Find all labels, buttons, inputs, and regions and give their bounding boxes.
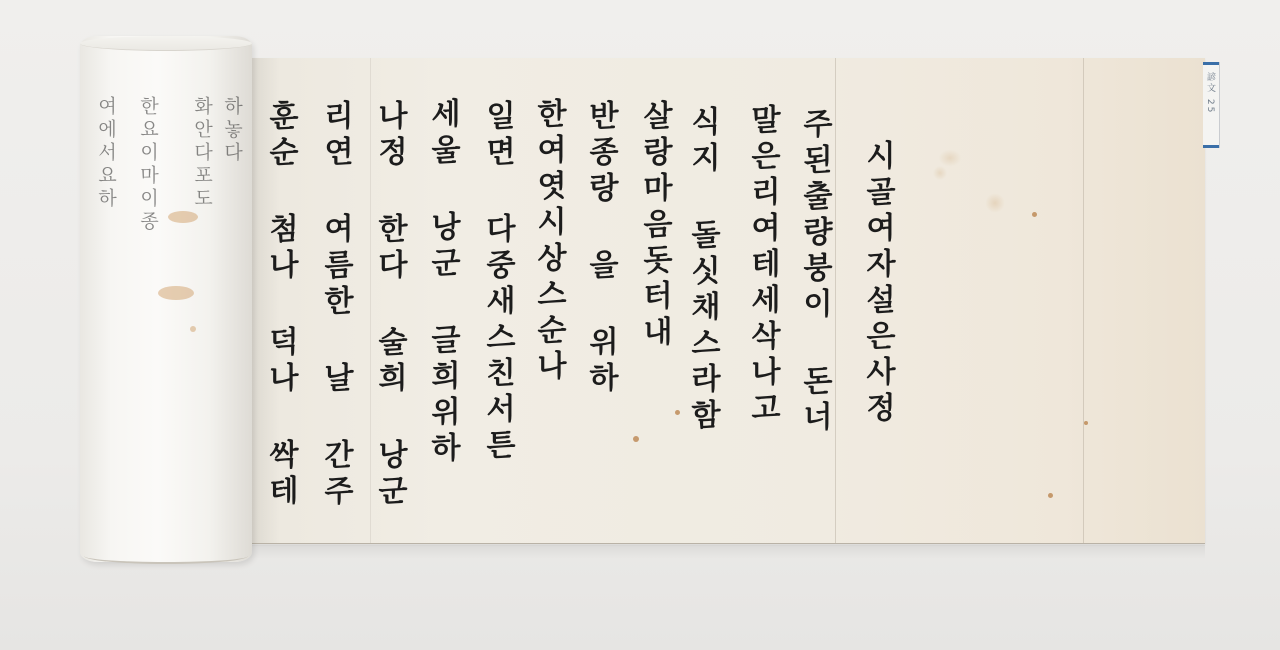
- roll-bottom-edge: [84, 548, 248, 564]
- tag-top-bar: [1203, 62, 1219, 65]
- text-column: 세울 낭군 글희위하: [420, 97, 464, 469]
- roll-text-column: 하놓다: [222, 96, 242, 165]
- roll-text-column: 한요이마이종: [138, 96, 158, 234]
- scroll-shadow: [250, 545, 1205, 559]
- tag-bottom-bar: [1203, 145, 1219, 148]
- roll-stain: [190, 326, 196, 332]
- text-column: 말은리여테세삭나고: [740, 103, 784, 429]
- text-column: 한여엿시상스순나: [526, 97, 570, 387]
- text-column: 식지 돌싯채스라함: [680, 105, 724, 436]
- text-column: 주된출량붕이 돈너: [792, 107, 836, 438]
- roll-text-column: 여에서요하: [96, 96, 116, 211]
- text-column: 나정 한다 술희 낭군: [367, 99, 411, 512]
- roll-stain: [158, 286, 194, 300]
- stain-spot: [1048, 493, 1053, 498]
- tag-label: 諺文 25: [1205, 72, 1217, 114]
- text-column: 반종랑 을 위하: [578, 99, 622, 399]
- catalogue-tag: 諺文 25: [1203, 62, 1220, 148]
- text-column: 살랑마음돗터내: [632, 99, 676, 353]
- crease: [1083, 58, 1084, 543]
- stain-spot: [633, 436, 639, 442]
- text-column: 일면 다중새스친서튼: [475, 99, 519, 466]
- stain-spot: [1032, 212, 1037, 217]
- scroll-roll: 하놓다 화안다포도 한요이마이종 여에서요하: [80, 36, 252, 562]
- roll-top-edge: [80, 36, 252, 51]
- stain-spot: [1084, 421, 1088, 425]
- roll-text-column: 화안다포도: [192, 96, 212, 211]
- text-column: 훈순 첨나 덕나 싹테: [258, 99, 302, 512]
- roll-stain: [168, 211, 198, 223]
- text-column-title: 시골여자설은사정: [855, 139, 899, 429]
- text-column: 리연 여름한 날 간주: [313, 99, 357, 512]
